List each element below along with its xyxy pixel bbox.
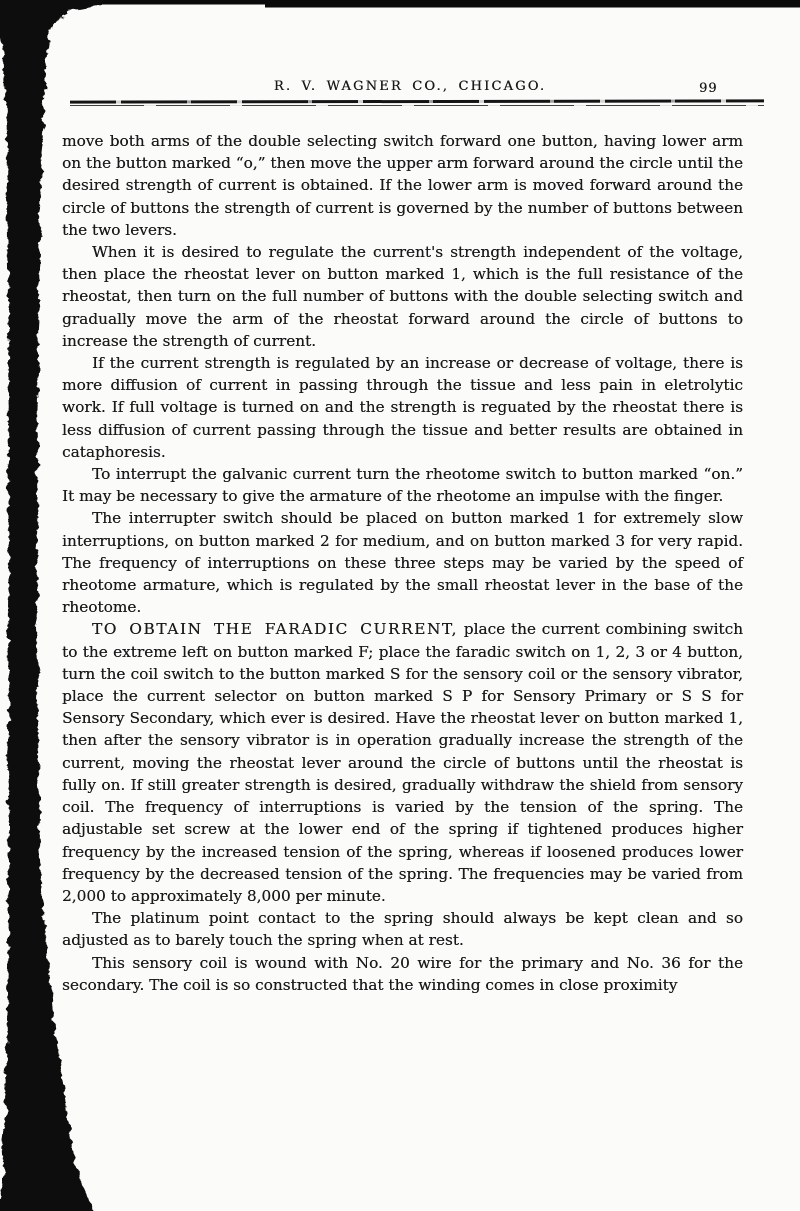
paragraph: When it is desired to regulate the curre… (62, 241, 743, 352)
paragraph: If the current strength is regulated by … (62, 352, 743, 463)
paragraph-text: If the current strength is regulated by … (62, 354, 743, 461)
header-rule-top (70, 99, 764, 103)
paragraph-text: To interrupt the galvanic current turn t… (62, 465, 743, 505)
paragraph: move both arms of the double selecting s… (62, 130, 743, 241)
scan-top-edge (0, 0, 800, 5)
paragraph: To interrupt the galvanic current turn t… (62, 463, 743, 507)
paragraph: This sensory coil is wound with No. 20 w… (62, 952, 743, 996)
header-rule-bottom (70, 105, 764, 106)
paragraph: The platinum point contact to the spring… (62, 907, 743, 951)
paragraph-text: The platinum point contact to the spring… (62, 909, 743, 949)
paragraph-text: The interrupter switch should be placed … (62, 509, 743, 616)
book-page: R. V. WAGNER CO., CHICAGO. 99 move both … (0, 0, 800, 1211)
paragraph-text: This sensory coil is wound with No. 20 w… (62, 954, 743, 994)
paragraph-text: move both arms of the double selecting s… (62, 132, 743, 239)
paragraph-text: place the current combining switch to th… (62, 620, 743, 904)
page-body: move both arms of the double selecting s… (62, 130, 743, 996)
scan-top-edge-right (265, 0, 800, 8)
paragraph-text: When it is desired to regulate the curre… (62, 243, 743, 350)
paragraph: The interrupter switch should be placed … (62, 507, 743, 618)
paragraph-lead: TO OBTAIN THE FARADIC CURRENT, (92, 620, 458, 638)
page-number: 99 (699, 81, 718, 96)
paragraph: TO OBTAIN THE FARADIC CURRENT, place the… (62, 618, 743, 907)
page-title: R. V. WAGNER CO., CHICAGO. (70, 79, 750, 94)
